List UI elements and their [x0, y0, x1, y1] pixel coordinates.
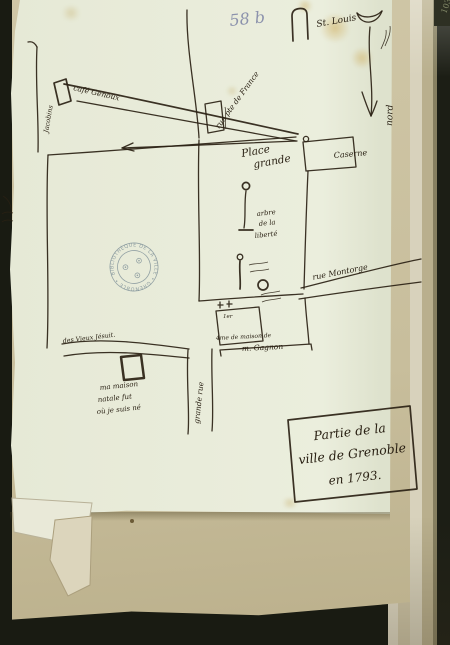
svg-text:BIBLIOTHÈQUE DE LA VILLE • GRE: BIBLIOTHÈQUE DE LA VILLE • GRENOBLE •: [101, 233, 166, 299]
label-caserne: Caserne: [333, 148, 367, 160]
label-maison-natale-1: ma maison: [99, 380, 139, 392]
cartouche-line-2: ville de Grenoble: [298, 440, 407, 467]
cartouche-line-3: en 1793.: [328, 468, 382, 488]
page-edge-number: 103: [439, 0, 450, 15]
label-maison-natale-3: où je suis né: [96, 403, 141, 416]
library-stamp: BIBLIOTHÈQUE DE LA VILLE • GRENOBLE •: [101, 233, 166, 299]
illegible-annotations: [2, 26, 390, 302]
title-cartouche: Partie de la ville de Grenoble en 1793.: [288, 406, 417, 502]
liberty-tree-symbol: [239, 182, 253, 230]
north-arrow: [357, 11, 382, 116]
label-grande-rue: grande rue: [192, 381, 205, 424]
fountain-symbol: [237, 254, 268, 290]
label-arbre-2: de la: [258, 218, 276, 228]
label-cafe-genoux: café Genoux: [73, 83, 122, 103]
label-vieux-jesuites: des Vieux Jésuit.: [62, 332, 115, 345]
label-st-louis: St. Louis: [316, 13, 358, 30]
label-maison-natale-2: natale fut: [97, 392, 132, 404]
label-nord: nord: [385, 104, 396, 126]
label-arbre-1: arbre: [256, 208, 276, 218]
label-rue-montorge: rue Montorge: [312, 262, 369, 282]
scanned-album-page: Partie de la ville de Grenoble en 1793. …: [0, 0, 450, 645]
folio-number: 58 b: [228, 7, 265, 30]
stamp-text: BIBLIOTHÈQUE DE LA VILLE • GRENOBLE •: [101, 233, 166, 299]
label-arbre-3: liberté: [254, 230, 277, 240]
label-premier: 1er: [223, 314, 233, 320]
street-lines: [28, 10, 421, 434]
map-labels: 58 b 103 St. Louis nord rue pte de Franc…: [42, 0, 450, 424]
st-louis-gate-icon: [292, 8, 308, 41]
label-jacobins: Jacobins: [42, 104, 55, 135]
ink-drawing: Partie de la ville de Grenoble en 1793. …: [0, 0, 450, 645]
label-gagnon-2: m. Gagnon: [242, 342, 284, 353]
stamp-rosettes: [122, 258, 147, 282]
cartouche-line-1: Partie de la: [312, 420, 387, 443]
